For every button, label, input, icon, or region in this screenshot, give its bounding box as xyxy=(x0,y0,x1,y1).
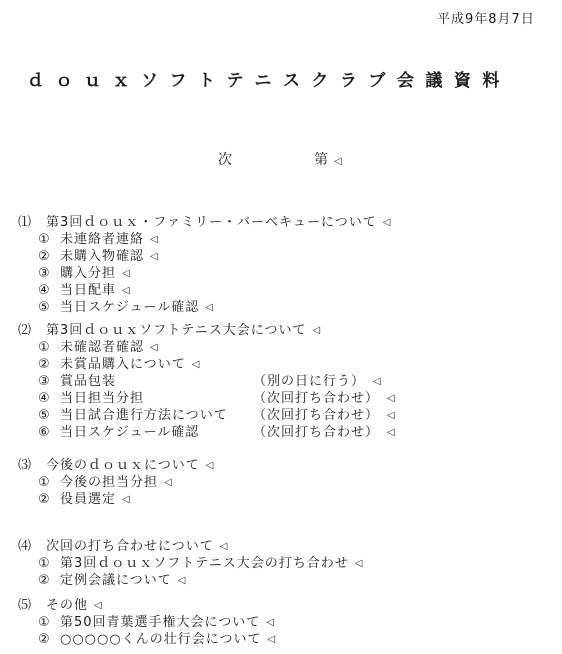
item-number: ② xyxy=(38,248,60,265)
agenda-item: ⑥ 当日スケジュール確認 （次回打ち合わせ） ◁ xyxy=(18,424,562,441)
item-number: ⑤ xyxy=(38,299,60,316)
item-number: ② xyxy=(38,491,60,508)
return-mark-icon: ◁ xyxy=(387,390,396,407)
return-mark-icon: ◁ xyxy=(150,231,159,248)
agenda-item: ② ○○○○○くんの壮行会について ◁ xyxy=(18,631,562,648)
item-note: （次回打ち合わせ） xyxy=(253,407,379,424)
agenda-item: ④ 当日担当分担 （次回打ち合わせ） ◁ xyxy=(18,390,562,407)
section-number: ⑷ xyxy=(18,538,46,555)
agenda-item: ② 未購入物確認 ◁ xyxy=(18,248,562,265)
section-items: ① 第50回青葉選手権大会について ◁ ② ○○○○○くんの壮行会について ◁ xyxy=(18,614,562,648)
section-heading-text: その他 xyxy=(46,597,88,614)
return-mark-icon: ◁ xyxy=(150,248,159,265)
section-heading: ⑶ 今後のｄｏｕｘについて ◁ xyxy=(18,457,562,474)
item-text: 当日配車 xyxy=(60,282,116,299)
return-mark-icon: ◁ xyxy=(387,407,396,424)
section-heading-text: 第3回ｄｏｕｘ・ファミリー・バーベキューについて xyxy=(46,214,377,231)
item-text: 当日スケジュール確認 xyxy=(60,424,253,441)
item-text: 当日担当分担 xyxy=(60,390,253,407)
item-text: 第3回ｄｏｕｘソフトテニス大会の打ち合わせ xyxy=(60,555,349,572)
return-mark-icon: ◁ xyxy=(355,555,364,572)
document-date: 平成9年8月7日 xyxy=(437,8,535,27)
section-heading-text: 今後のｄｏｕｘについて xyxy=(46,457,200,474)
return-mark-icon: ◁ xyxy=(192,356,201,373)
section-items: ① 未確認者確認 ◁ ② 未賞品購入について ◁ ③ 賞品包装 （別の日に行う）… xyxy=(18,339,562,441)
agenda-heading-left: 次 xyxy=(218,152,232,168)
agenda-heading: 次第◁ xyxy=(218,149,342,169)
section-number: ⑸ xyxy=(18,597,46,614)
item-text: ○○○○○くんの壮行会について xyxy=(60,631,261,648)
section-number: ⑶ xyxy=(18,457,46,474)
return-mark-icon: ◁ xyxy=(206,457,215,474)
agenda-item: ③ 賞品包装 （別の日に行う） ◁ xyxy=(18,373,562,390)
agenda-item: ⑤ 当日スケジュール確認 ◁ xyxy=(18,299,562,316)
agenda-heading-right: 第 xyxy=(314,152,328,168)
item-number: ② xyxy=(38,631,60,648)
item-number: ② xyxy=(38,572,60,589)
return-mark-icon: ◁ xyxy=(94,597,103,614)
item-number: ① xyxy=(38,231,60,248)
item-number: ① xyxy=(38,555,60,572)
item-number: ④ xyxy=(38,282,60,299)
agenda-item: ① 未確認者確認 ◁ xyxy=(18,339,562,356)
item-text: 未購入物確認 xyxy=(60,248,144,265)
agenda-item: ② 未賞品購入について ◁ xyxy=(18,356,562,373)
agenda-section: ⑴ 第3回ｄｏｕｘ・ファミリー・バーベキューについて ◁ ① 未連絡者連絡 ◁ … xyxy=(18,214,562,316)
return-mark-icon: ◁ xyxy=(122,282,131,299)
return-mark-icon: ◁ xyxy=(122,491,131,508)
section-heading-text: 次回の打ち合わせについて xyxy=(46,538,214,555)
return-mark-icon: ◁ xyxy=(373,373,382,390)
return-mark-icon: ◁ xyxy=(122,265,131,282)
item-number: ② xyxy=(38,356,60,373)
return-mark-icon: ◁ xyxy=(266,614,275,631)
agenda-section: ⑵ 第3回ｄｏｕｘソフトテニス大会について ◁ ① 未確認者確認 ◁ ② 未賞品… xyxy=(18,322,562,441)
agenda-item: ④ 当日配車 ◁ xyxy=(18,282,562,299)
return-mark-icon: ◁ xyxy=(205,299,214,316)
item-text: 第50回青葉選手権大会について xyxy=(60,614,260,631)
return-mark-icon: ◁ xyxy=(387,424,396,441)
section-heading: ⑷ 次回の打ち合わせについて ◁ xyxy=(18,538,562,555)
page-title: ｄｏｕｘソフトテニスクラブ会議資料 xyxy=(27,66,511,91)
return-mark-icon: ◁ xyxy=(220,538,229,555)
item-number: ① xyxy=(38,339,60,356)
item-text: 未確認者確認 xyxy=(60,339,144,356)
item-text: 役員選定 xyxy=(60,491,116,508)
agenda-section: ⑸ その他 ◁ ① 第50回青葉選手権大会について ◁ ② ○○○○○くんの壮行… xyxy=(18,597,562,648)
item-note: （別の日に行う） xyxy=(253,373,365,390)
agenda-section: ⑷ 次回の打ち合わせについて ◁ ① 第3回ｄｏｕｘソフトテニス大会の打ち合わせ… xyxy=(18,538,562,589)
section-heading-text: 第3回ｄｏｕｘソフトテニス大会について xyxy=(46,322,307,339)
return-mark-icon: ◁ xyxy=(313,322,322,339)
agenda-item: ① 第3回ｄｏｕｘソフトテニス大会の打ち合わせ ◁ xyxy=(18,555,562,572)
item-number: ⑤ xyxy=(38,407,60,424)
return-mark-icon: ◁ xyxy=(383,214,392,231)
item-text: 定例会議について xyxy=(60,572,172,589)
section-number: ⑵ xyxy=(18,322,46,339)
item-text: 当日スケジュール確認 xyxy=(60,299,199,316)
item-text: 未賞品購入について xyxy=(60,356,186,373)
item-text: 購入分担 xyxy=(60,265,116,282)
section-items: ① 未連絡者連絡 ◁ ② 未購入物確認 ◁ ③ 購入分担 ◁ ④ 当日配車 ◁ … xyxy=(18,231,562,316)
section-items: ① 今後の担当分担 ◁ ② 役員選定 ◁ xyxy=(18,474,562,508)
agenda-item: ⑤ 当日試合進行方法について （次回打ち合わせ） ◁ xyxy=(18,407,562,424)
agenda-item: ① 今後の担当分担 ◁ xyxy=(18,474,562,491)
agenda-sections: ⑴ 第3回ｄｏｕｘ・ファミリー・バーベキューについて ◁ ① 未連絡者連絡 ◁ … xyxy=(18,214,562,648)
item-number: ③ xyxy=(38,265,60,282)
agenda-item: ② 役員選定 ◁ xyxy=(18,491,562,508)
item-number: ① xyxy=(38,614,60,631)
item-number: ① xyxy=(38,474,60,491)
document-page: 平成9年8月7日 ｄｏｕｘソフトテニスクラブ会議資料 次第◁ ⑴ 第3回ｄｏｕｘ… xyxy=(0,0,562,654)
return-mark-icon: ◁ xyxy=(164,474,173,491)
item-number: ③ xyxy=(38,373,60,390)
item-text: 賞品包装 xyxy=(60,373,253,390)
return-mark-icon: ◁ xyxy=(267,631,276,648)
return-mark-icon: ◁ xyxy=(334,156,342,167)
item-number: ④ xyxy=(38,390,60,407)
item-note: （次回打ち合わせ） xyxy=(253,390,379,407)
return-mark-icon: ◁ xyxy=(178,572,187,589)
section-items: ① 第3回ｄｏｕｘソフトテニス大会の打ち合わせ ◁ ② 定例会議について ◁ xyxy=(18,555,562,589)
item-text: 今後の担当分担 xyxy=(60,474,158,491)
item-text: 当日試合進行方法について xyxy=(60,407,253,424)
section-heading: ⑸ その他 ◁ xyxy=(18,597,562,614)
item-number: ⑥ xyxy=(38,424,60,441)
agenda-item: ③ 購入分担 ◁ xyxy=(18,265,562,282)
agenda-item: ② 定例会議について ◁ xyxy=(18,572,562,589)
agenda-item: ① 未連絡者連絡 ◁ xyxy=(18,231,562,248)
item-text: 未連絡者連絡 xyxy=(60,231,144,248)
section-number: ⑴ xyxy=(18,214,46,231)
agenda-section: ⑶ 今後のｄｏｕｘについて ◁ ① 今後の担当分担 ◁ ② 役員選定 ◁ xyxy=(18,457,562,508)
return-mark-icon: ◁ xyxy=(150,339,159,356)
section-heading: ⑴ 第3回ｄｏｕｘ・ファミリー・バーベキューについて ◁ xyxy=(18,214,562,231)
section-heading: ⑵ 第3回ｄｏｕｘソフトテニス大会について ◁ xyxy=(18,322,562,339)
item-note: （次回打ち合わせ） xyxy=(253,424,379,441)
agenda-item: ① 第50回青葉選手権大会について ◁ xyxy=(18,614,562,631)
